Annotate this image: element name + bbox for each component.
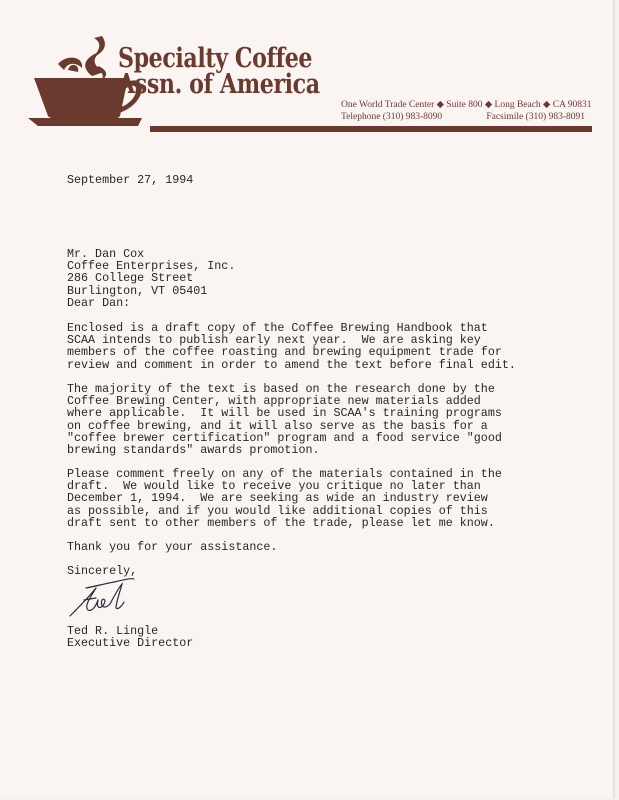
letterhead-contact: One World Trade Center ◆ Suite 800 ◆ Lon… (341, 99, 585, 123)
thanks-line: Thank you for your assistance. (67, 541, 277, 553)
facsimile: Facsimile (310) 983-8091 (486, 111, 585, 123)
body-paragraph: The majority of the text is based on the… (67, 383, 502, 456)
salutation: Dear Dan: (67, 297, 130, 309)
signer-block: Ted R. Lingle Executive Director (67, 625, 193, 649)
signer-title: Executive Director (67, 637, 193, 649)
letter-date: September 27, 1994 (67, 174, 193, 186)
address-line: One World Trade Center ◆ Suite 800 ◆ Lon… (341, 99, 592, 111)
body-paragraph: Please comment freely on any of the mate… (67, 468, 502, 529)
letter-page: Specialty Coffee Assn. of America One Wo… (0, 0, 615, 798)
handwritten-signature-icon (66, 576, 136, 618)
org-name-line2: Assn. of America (118, 72, 320, 98)
recipient-city: Burlington, VT 05401 (67, 285, 235, 297)
recipient-street: 286 College Street (67, 272, 235, 284)
organization-name: Specialty Coffee Assn. of America (118, 46, 320, 98)
recipient-address: Mr. Dan Cox Coffee Enterprises, Inc. 286… (67, 248, 235, 297)
letterhead-divider (150, 126, 592, 132)
telephone: Telephone (310) 983-8090 (341, 111, 442, 123)
body-paragraph: Enclosed is a draft copy of the Coffee B… (67, 322, 516, 371)
